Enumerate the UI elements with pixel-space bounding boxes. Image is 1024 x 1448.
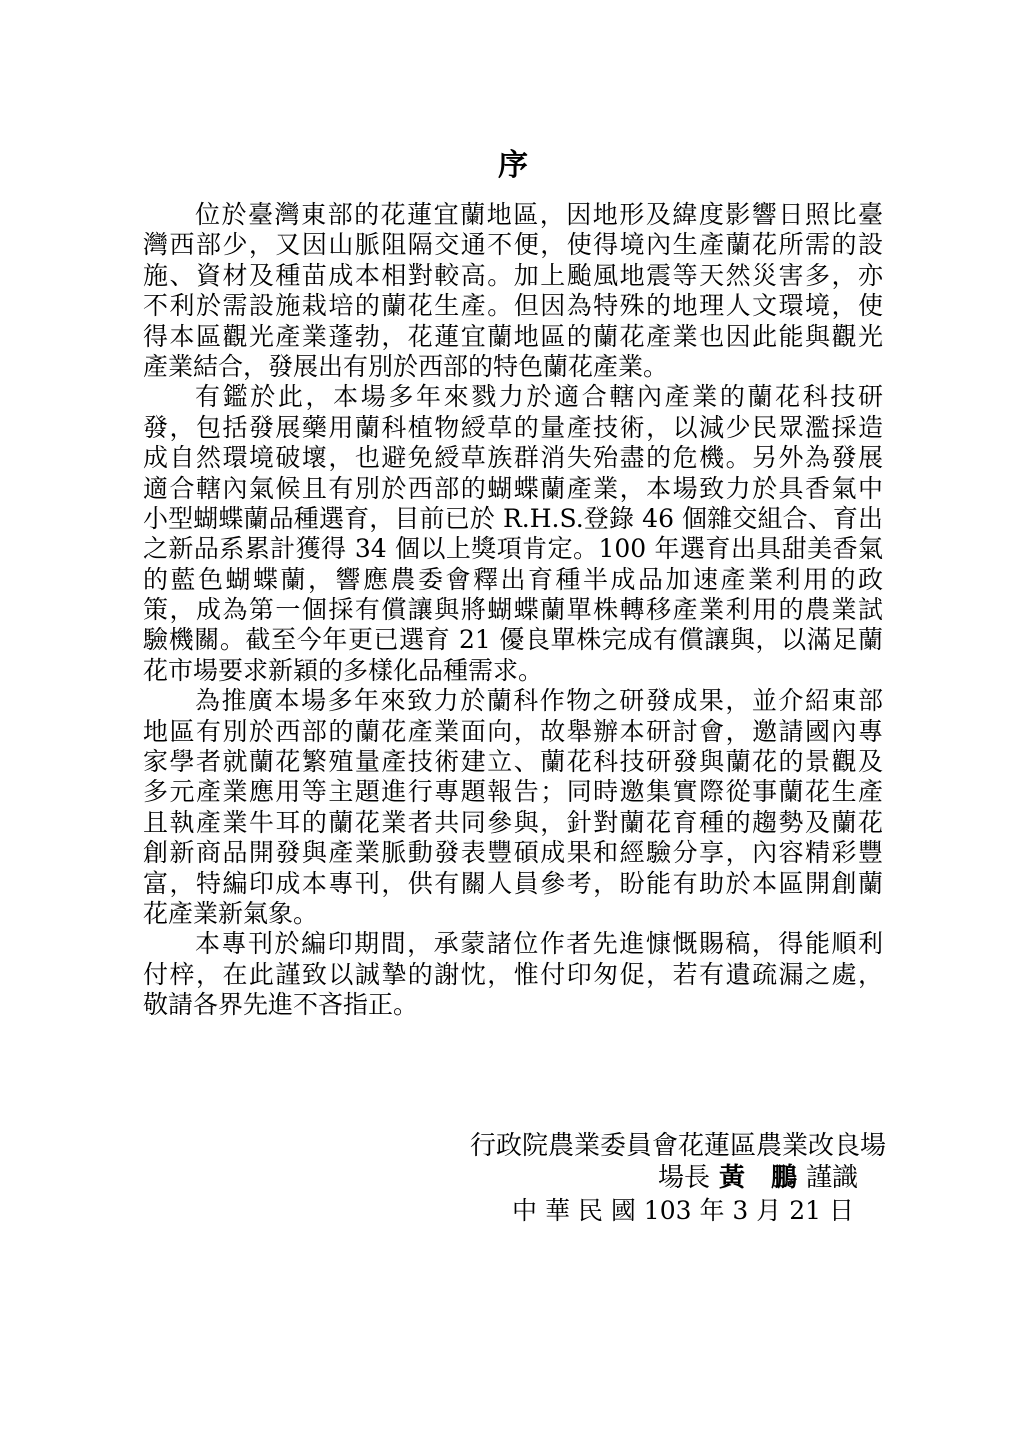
- signature-role: 場長: [658, 1163, 710, 1193]
- body-line: 家學者就蘭花繁殖量產技術建立、蘭花科技研發與蘭花的景觀及: [143, 747, 883, 777]
- body-line: 位於臺灣東部的花蓮宜蘭地區，因地形及緯度影響日照比臺: [143, 200, 883, 230]
- body-line: 創新商品開發與產業脈動發表豐碩成果和經驗分享，內容精彩豐: [143, 838, 883, 868]
- document-page: 序 位於臺灣東部的花蓮宜蘭地區，因地形及緯度影響日照比臺 灣西部少，又因山脈阻隔…: [0, 0, 1024, 1448]
- body-line: 富，特編印成本專刊，供有關人員參考，盼能有助於本區開創蘭: [143, 869, 883, 899]
- body-line: 不利於需設施栽培的蘭花生產。但因為特殊的地理人文環境，使: [143, 291, 883, 321]
- body-line: 敬請各界先進不吝指正。: [143, 990, 883, 1020]
- body-line: 小型蝴蝶蘭品種選育，目前已於 R.H.S.登錄 46 個雜交組合、育出: [143, 504, 883, 534]
- body-line: 有鑑於此，本場多年來戮力於適合轄內產業的蘭花科技研: [143, 382, 883, 412]
- body-line: 適合轄內氣候且有別於西部的蝴蝶蘭產業，本場致力於具香氣中: [143, 474, 883, 504]
- page-title: 序: [143, 146, 883, 186]
- body-line: 產業結合，發展出有別於西部的特色蘭花產業。: [143, 352, 883, 382]
- body-line: 本專刊於編印期間，承蒙諸位作者先進慷慨賜稿，得能順利: [143, 929, 883, 959]
- body-line: 之新品系累計獲得 34 個以上獎項肯定。100 年選育出具甜美香氣: [143, 534, 883, 564]
- body-line: 地區有別於西部的蘭花產業面向，故舉辦本研討會，邀請國內專: [143, 717, 883, 747]
- signature-organization: 行政院農業委員會花蓮區農業改良場: [470, 1130, 886, 1162]
- body-line: 驗機關。截至今年更已選育 21 優良單株完成有償讓與，以滿足蘭: [143, 625, 883, 655]
- body-line: 付梓，在此謹致以誠摯的謝忱，惟付印匆促，若有遺疏漏之處，: [143, 960, 883, 990]
- preface-body: 位於臺灣東部的花蓮宜蘭地區，因地形及緯度影響日照比臺 灣西部少，又因山脈阻隔交通…: [143, 200, 883, 1021]
- body-line: 為推廣本場多年來致力於蘭科作物之研發成果，並介紹東部: [143, 686, 883, 716]
- body-line: 且執產業牛耳的蘭花業者共同參與，針對蘭花育種的趨勢及蘭花: [143, 808, 883, 838]
- signature-date: 中 華 民 國 103 年 3 月 21 日: [512, 1195, 854, 1227]
- body-line: 成自然環境破壞，也避免綬草族群消失殆盡的危機。另外為發展: [143, 443, 883, 473]
- body-line: 多元產業應用等主題進行專題報告；同時邀集實際從事蘭花生產: [143, 777, 883, 807]
- body-line: 策，成為第一個採有償讓與將蝴蝶蘭單株轉移產業利用的農業試: [143, 595, 883, 625]
- body-line: 花市場要求新穎的多樣化品種需求。: [143, 656, 883, 686]
- signature-name: 黃 鵬: [719, 1163, 797, 1193]
- body-line: 花產業新氣象。: [143, 899, 883, 929]
- signature-closing: 謹識: [806, 1163, 858, 1193]
- body-line: 的藍色蝴蝶蘭，響應農委會釋出育種半成品加速產業利用的政: [143, 565, 883, 595]
- body-line: 灣西部少，又因山脈阻隔交通不便，使得境內生產蘭花所需的設: [143, 230, 883, 260]
- body-line: 得本區觀光產業蓬勃，花蓮宜蘭地區的蘭花產業也因此能與觀光: [143, 322, 883, 352]
- body-line: 施、資材及種苗成本相對較高。加上颱風地震等天然災害多，亦: [143, 261, 883, 291]
- signature-line: 場長黃 鵬謹識: [658, 1162, 858, 1194]
- body-line: 發，包括發展藥用蘭科植物綬草的量產技術，以減少民眾濫採造: [143, 413, 883, 443]
